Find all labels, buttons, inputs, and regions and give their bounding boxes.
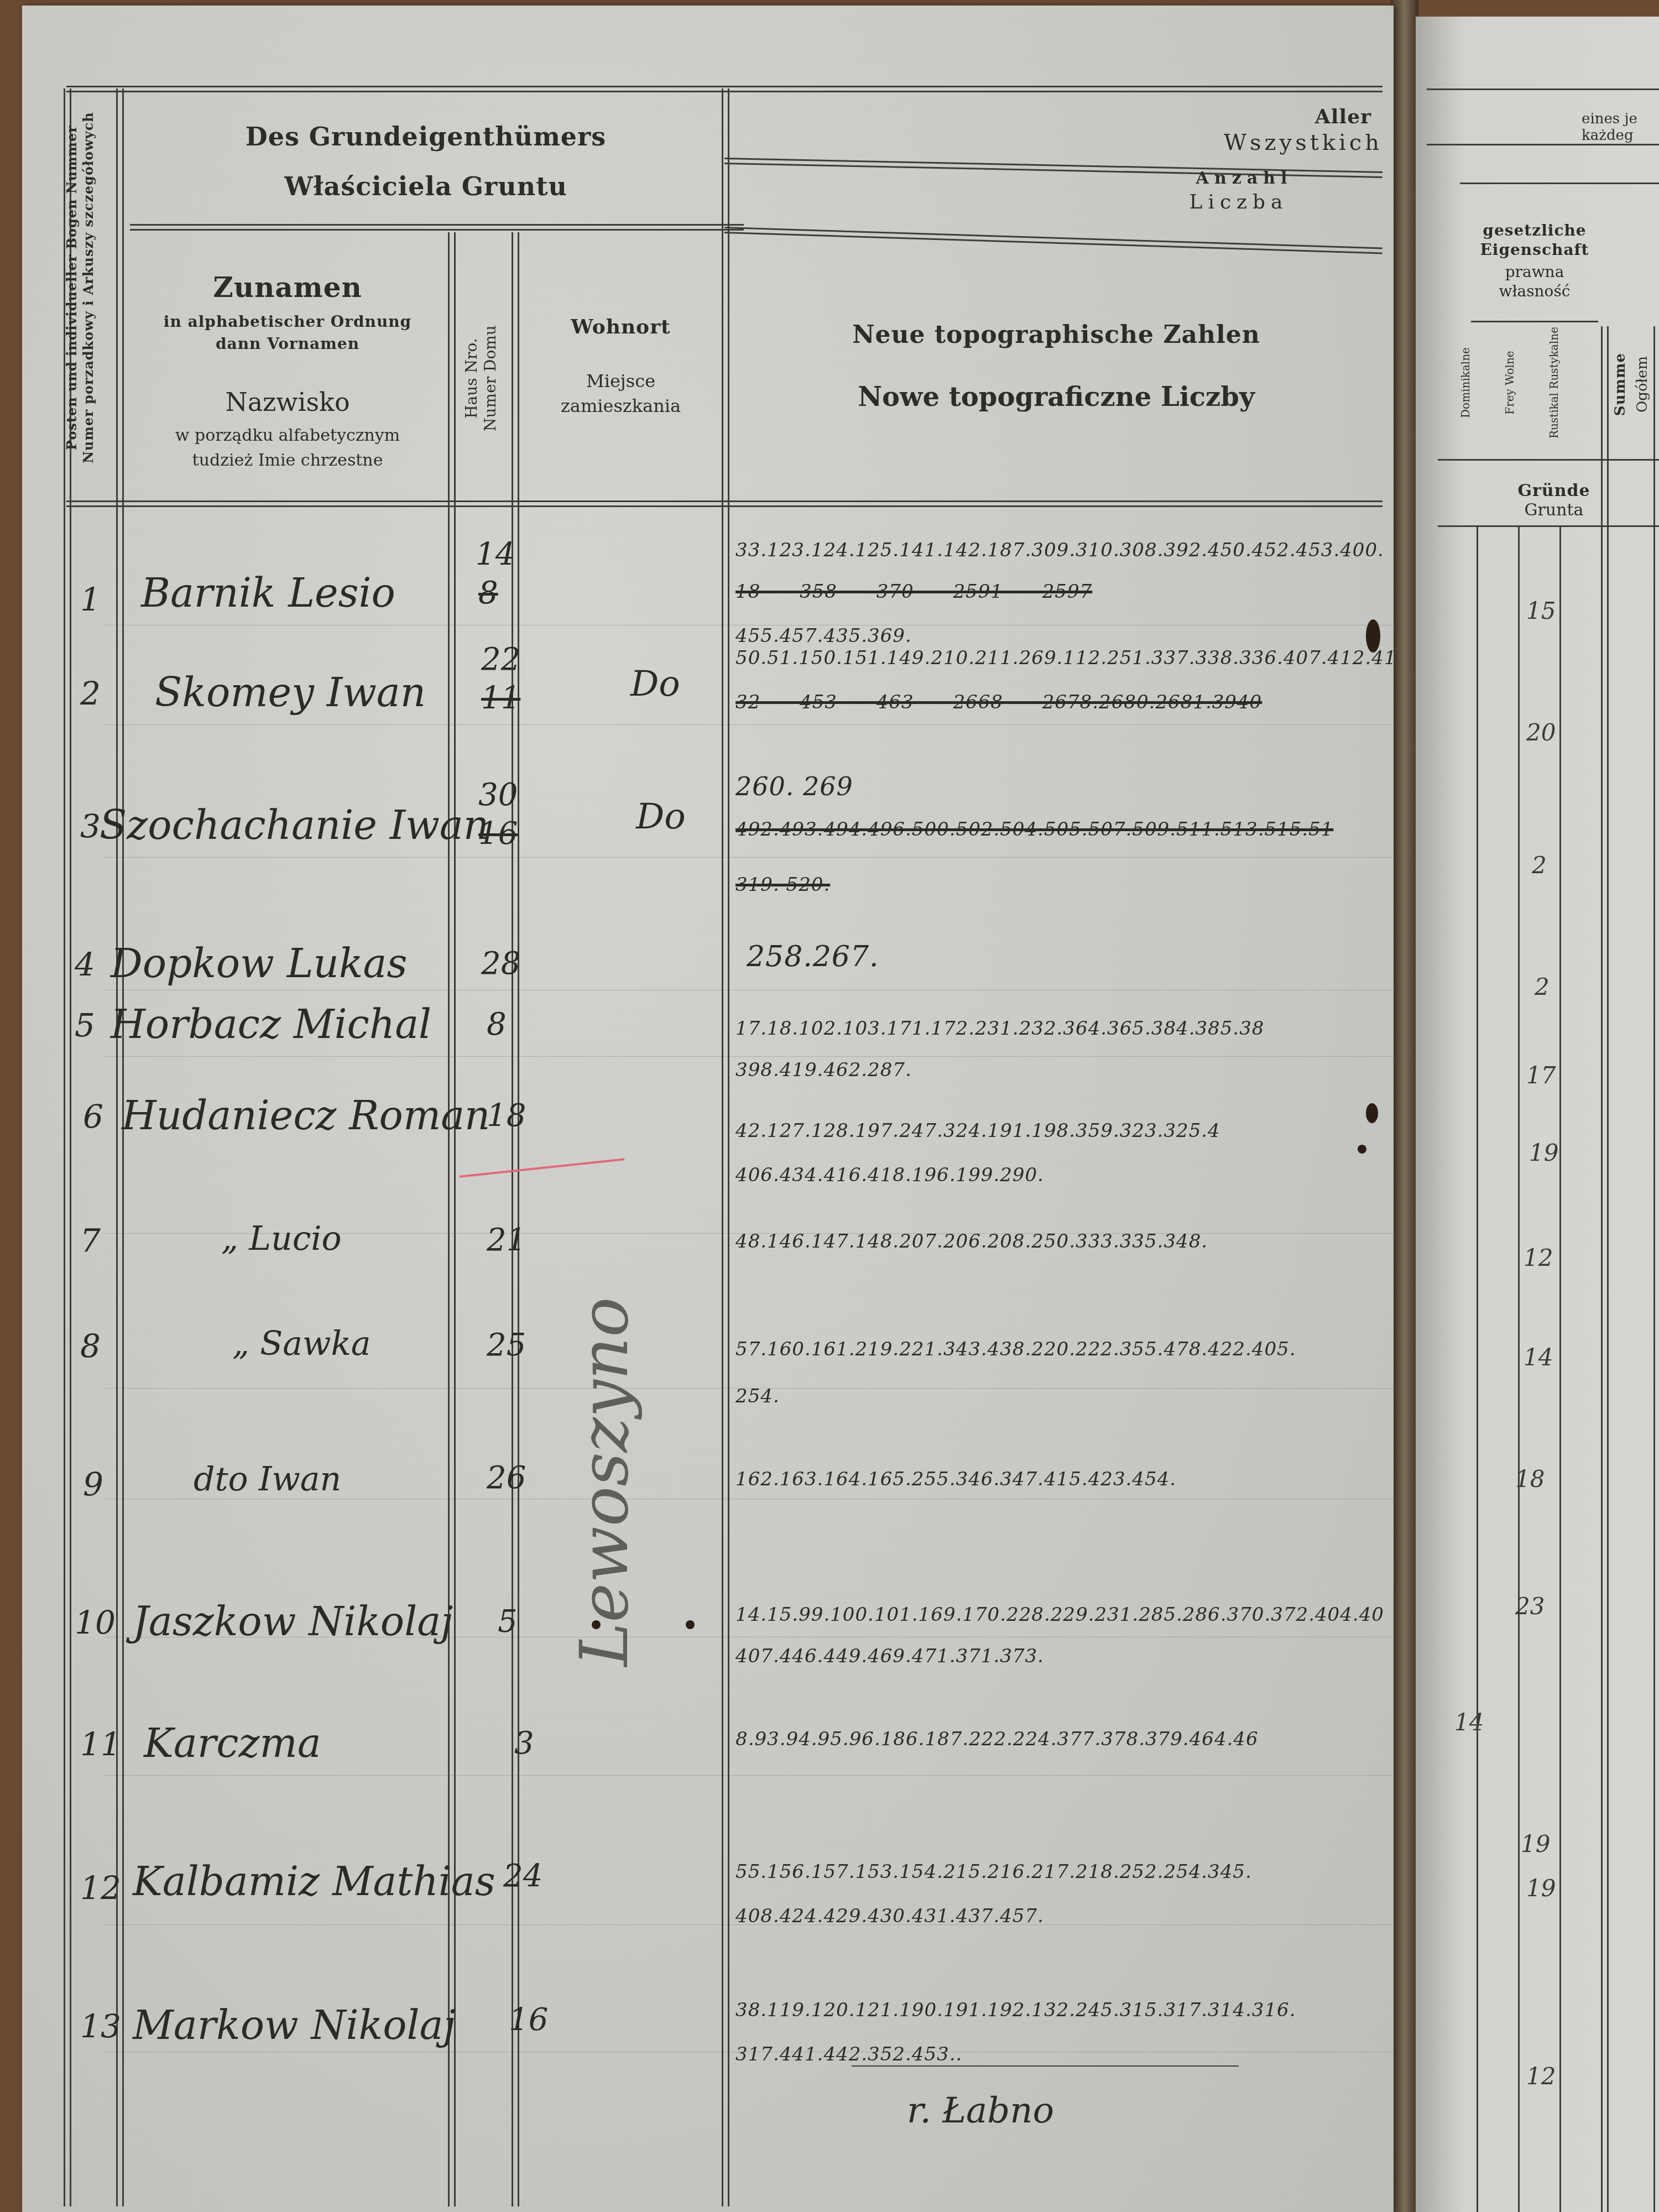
entry-4-topo-1: 258.267. [747,940,879,973]
rp-area-10: 23 [1515,1593,1545,1620]
header-topo-pl: Nowe topograficzne Liczby [735,382,1377,413]
header-surname-pl-sub1: w porządku alfabetycznym [127,426,448,445]
header-liczba-pl: Liczba [1156,191,1322,213]
entry-10-topo-2: 407.446.449.469.471.371.373. [735,1645,1044,1667]
entry-3-name: Szochachanie Iwan [100,802,489,848]
entry-4-no: 4 [75,946,95,983]
entry-12-topo-1: 55.156.157.153.154.215.216.217.218.252.2… [735,1861,1252,1883]
header-house-no-de: Haus Nro. [462,262,481,494]
entry-12-topo-2: 408.424.429.430.431.437.457. [735,1905,1044,1927]
entry-10-no: 10 [75,1604,116,1641]
red-pencil-mark [460,1158,625,1177]
ink-blot [1366,1103,1378,1123]
entry-11-topo-1: 8.93.94.95.96.186.187.222.224.377.378.37… [735,1728,1259,1750]
entry-2-topo-1: 50.51.150.151.149.210.211.269.112.251.33… [735,647,1397,669]
rp-grunde-de: Gründe [1471,481,1637,500]
entry-3-topo-1: 260. 269 [735,771,853,801]
rp-prop-pl2: własność [1471,282,1598,300]
entry-6-name: Hudaniecz Roman [122,1092,490,1139]
header-surname-de-sub2: dann Vornamen [127,335,448,353]
entry-5-name: Horbacz Michal [111,1001,431,1047]
rp-area-1: 15 [1526,597,1556,624]
entry-6-topo-1: 42.127.128.197.247.324.191.198.359.323.3… [735,1120,1220,1142]
rp-summe-pl: Ogółem [1634,324,1651,445]
col-rule-house [512,232,519,2206]
residence-place: Lewoszyno [566,1297,643,1667]
header-owner-pl: Właściciela Gruntu [127,171,724,201]
header-owner-de: Des Grundeigenthümers [127,122,724,152]
entry-8-topo-2: 254. [735,1385,780,1407]
entry-3-no: 3 [80,807,101,845]
entry-1-house-old: 8 [478,575,498,611]
entry-3-topo-3: 319. 520. [735,874,830,896]
rp-top-pl: każdeg [1582,127,1659,144]
rp-col-rule-4 [1601,326,1609,2212]
header-posten-de: Posten und individueller Bogen Nummer [64,88,80,487]
entry-8-no: 8 [80,1327,101,1365]
header-posten: Posten und individueller Bogen Nummer Nu… [64,88,97,487]
entry-13-underline [852,2065,1239,2067]
col-rule-name [448,232,456,2206]
entry-1-name: Barnik Lesio [141,570,395,616]
entry-4-name: Dopkow Lukas [111,940,407,987]
entry-12-name: Kalbamiz Mathias [133,1858,495,1905]
liczba-rule [724,227,1383,254]
entry-6-topo-2: 406.434.416.418.196.199.290. [735,1164,1044,1186]
rp-area-6: 19 [1529,1139,1558,1166]
residence-ditto-2: Do [636,796,686,837]
entry-9-house-new: 26 [487,1460,526,1496]
entry-5-no: 5 [75,1006,95,1044]
rp-area-4: 2 [1535,973,1550,1000]
entry-11-house-new: 3 [514,1725,534,1761]
rp-prop-de2: Eigenschaft [1471,241,1598,259]
header-surname-pl: Nazwisko [127,387,448,417]
entry-6-house-new: 18 [487,1098,526,1134]
entry-6-no: 6 [83,1098,103,1135]
entry-11-no: 11 [80,1725,121,1763]
entry-8-house-new: 25 [487,1327,526,1363]
entry-2-house-new: 22 [481,641,520,677]
rp-top-de: eines je [1582,111,1659,127]
ink-blot [592,1620,601,1629]
entry-5-house-new: 8 [487,1006,507,1042]
rp-subcol-1: Dominikalne [1459,322,1472,444]
header-aller-de: Aller [1228,105,1371,128]
header-wohnort-de: Wohnort [520,315,722,338]
rp-area-11: 14 [1454,1709,1484,1736]
rp-prop-de1: gesetzliche [1471,221,1598,239]
rp-area-9: 18 [1515,1465,1545,1493]
rp-rule-1 [1427,88,1659,90]
entry-13-no: 13 [80,2007,121,2045]
rp-area-13: 19 [1526,1875,1556,1902]
entry-7-topo-1: 48.146.147.148.207.206.208.250.333.335.3… [735,1230,1208,1253]
rp-area-8: 14 [1524,1344,1553,1371]
rp-subcol-2: Frey Wolne [1503,322,1516,444]
entry-1-topo-2: 18 ~~358 ~~370 ~~2591 ~~2597 [735,581,1092,603]
entry-4-house-new: 28 [481,946,520,982]
entry-8-name: „ Sawka [232,1324,371,1363]
rp-grunde-pl: Grunta [1471,500,1637,520]
entry-9-no: 9 [83,1465,103,1503]
entry-7-house-new: 21 [487,1222,526,1258]
entry-1-no: 1 [80,581,101,618]
rp-area-2: 20 [1526,719,1556,746]
owner-subrule [130,224,744,231]
rp-col-rule-3 [1559,525,1561,2212]
entry-13-topo-2: 317.441.442.352.453.. [735,2043,962,2065]
header-wohnort-pl2: zamieszkania [520,395,722,416]
right-page: eines je każdeg gesetzliche Eigenschaft … [1416,17,1659,2212]
rp-prop-pl1: prawna [1471,263,1598,281]
entry-5-topo-2: 398.419.462.287. [735,1059,912,1081]
entry-2-house-old: 11 [481,680,520,716]
entry-5-topo-1: 17.18.102.103.171.172.231.232.364.365.38… [735,1018,1264,1040]
rp-rule-3 [1460,182,1659,184]
book-spine [1391,0,1418,2212]
col-rule-wohnort [722,88,729,2206]
header-surname-pl-sub2: tudzież Imie chrzestne [127,451,448,470]
rp-col-rule-2 [1518,525,1520,2212]
rp-area-12: 19 [1521,1830,1550,1858]
rp-area-14: 12 [1526,2063,1556,2090]
entry-7-name: „ Lucio [221,1219,342,1258]
left-page: Posten und individueller Bogen Nummer Nu… [22,6,1394,2212]
entry-10-house-new: 5 [498,1604,518,1640]
entry-1-topo-1: 33.123.124.125.141.142.187.309.310.308.3… [735,539,1384,561]
entry-2-topo-2: 32 ~~453 ~~463 ~~2668 ~~2678.2680.2681.3… [735,691,1262,713]
entry-11-name: Karczma [144,1720,321,1766]
entry-1-house-new: 14 [476,536,515,572]
rp-subcol-3: Rustikal Rustykalne [1547,322,1561,444]
header-house-no: Haus Nro. Numer Domu [462,262,500,494]
rp-summe-de: Summe [1612,324,1629,445]
ink-blot [686,1620,695,1629]
header-topo-de: Neue topographische Zahlen [735,321,1377,349]
entry-7-no: 7 [80,1222,101,1260]
rp-col-rule-5 [1653,326,1659,2212]
rp-area-7: 12 [1524,1244,1553,1271]
header-wohnort-pl1: Miejsce [520,371,722,392]
rp-rule-4 [1471,321,1598,322]
ink-blot [1358,1145,1366,1154]
entry-12-house-new: 24 [503,1858,542,1894]
entry-3-house-new: 30 [478,777,518,813]
rp-rule-2 [1427,144,1659,145]
entry-10-name: Jaszkow Nikolaj [133,1598,453,1645]
entry-13-name: Markow Nikolaj [133,2002,456,2048]
rp-rule-6 [1438,525,1659,527]
header-aller-pl: Wszystkich [1161,130,1383,155]
header-surname-de-sub1: in alphabetischer Ordnung [127,312,448,331]
entry-1-topo-3: 455.457.435.369. [735,625,912,647]
residence-ditto-1: Do [630,664,680,705]
rp-col-rule-1 [1477,525,1478,2212]
entry-9-name: dto Iwan [194,1460,341,1499]
entry-13-house-new: 16 [509,2002,548,2038]
rp-area-3: 2 [1532,852,1547,879]
footer-note: r. Łabno [907,2090,1054,2131]
header-posten-pl: Numer porzadkowy i Arkuszy szczegółowych [80,88,97,487]
header-house-no-pl: Numer Domu [481,262,500,494]
entry-9-topo-1: 162.163.164.165.255.346.347.415.423.454. [735,1468,1176,1490]
header-anzahl-de: Anzahl [1161,169,1327,188]
entry-10-topo-1: 14.15.99.100.101.169.170.228.229.231.285… [735,1604,1384,1626]
entry-3-topo-2: 492.493.494.496.500.502.504.505.507.509.… [735,818,1333,841]
ink-blot [1366,619,1380,653]
entry-12-no: 12 [80,1869,121,1907]
rp-rule-5 [1438,459,1659,461]
header-surname-de: Zunamen [127,271,448,304]
entry-2-name: Skomey Iwan [155,669,426,716]
entry-13-topo-1: 38.119.120.121.190.191.192.132.245.315.3… [735,1999,1296,2021]
entry-3-house-old: 16 [478,816,518,852]
entry-8-topo-1: 57.160.161.219.221.343.438.220.222.355.4… [735,1338,1296,1360]
entry-2-no: 2 [80,675,101,712]
rp-area-5: 17 [1526,1062,1556,1089]
